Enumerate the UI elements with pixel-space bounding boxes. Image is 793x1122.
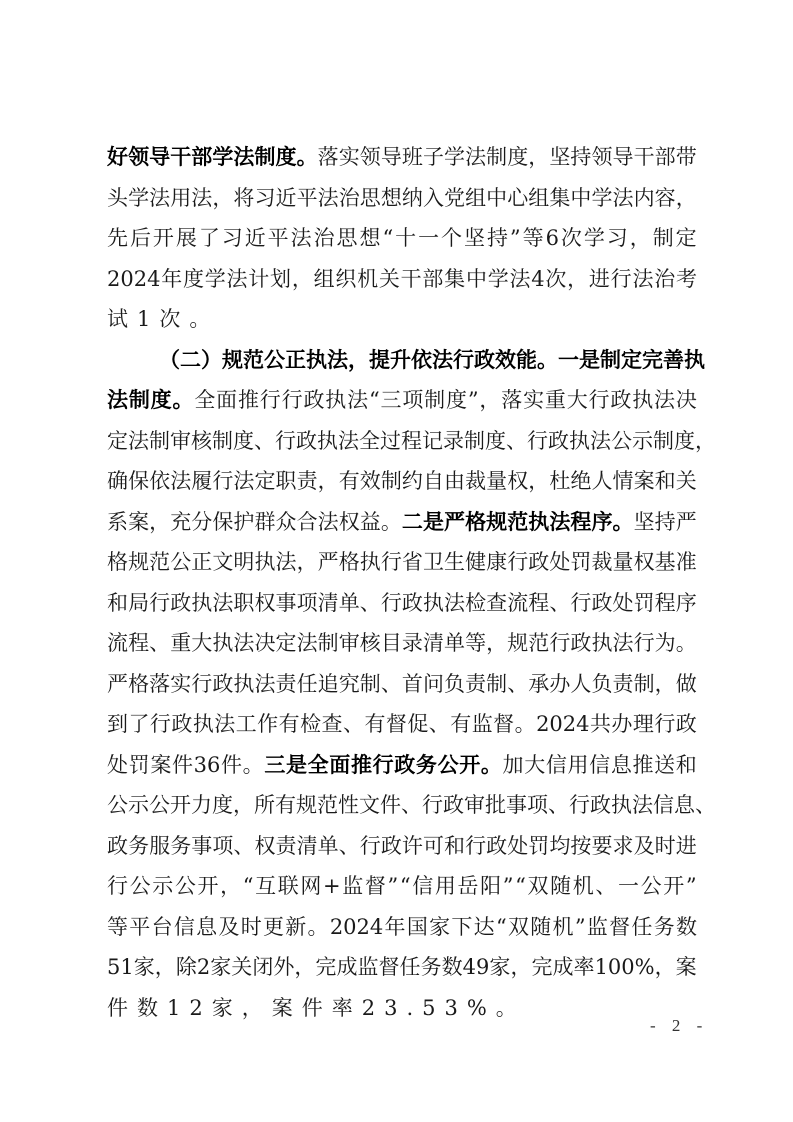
text-line: 格规范公正文明执法，严格执行省卫生健康行政处罚裁量权基准 — [107, 542, 697, 583]
text-line: 严格落实行政执法责任追究制、首问负责制、承办人负责制，做 — [107, 664, 697, 705]
text-line: 2024年度学法计划，组织机关干部集中学法4次，进行法治考 — [107, 259, 697, 300]
text-line: 确保依法履行法定职责，有效制约自由裁量权，杜绝人情案和关 — [107, 461, 697, 502]
text-line: 法制度。全面推行行政执法“三项制度”，落实重大行政执法决 — [107, 380, 697, 421]
text-line: （二）规范公正执法，提升依法行政效能。一是制定完善执 — [107, 340, 697, 381]
text-line: 等平台信息及时更新。2024年国家下达“双随机”监督任务数 — [107, 907, 697, 948]
text-line: 试1次。 — [107, 299, 697, 340]
text-line: 好领导干部学法制度。落实领导班子学法制度，坚持领导干部带 — [107, 137, 697, 178]
page-number: - 2 - — [650, 1016, 708, 1036]
text-line: 公示公开力度，所有规范性文件、行政审批事项、行政执法信息、 — [107, 785, 697, 826]
text-line: 件数12家，案件率23.53%。 — [107, 988, 697, 1029]
paragraph-indent — [107, 340, 159, 381]
text-line: 流程、重大执法决定法制审核目录清单等，规范行政执法行为。 — [107, 623, 697, 664]
text-line: 定法制审核制度、行政执法全过程记录制度、行政执法公示制度， — [107, 421, 697, 462]
text-line: 行公示公开，“互联网+监督”“信用岳阳”“双随机、一公开” — [107, 866, 697, 907]
body-text: 好领导干部学法制度。落实领导班子学法制度，坚持领导干部带头学法用法，将习近平法治… — [107, 137, 697, 1028]
document-page: 好领导干部学法制度。落实领导班子学法制度，坚持领导干部带头学法用法，将习近平法治… — [0, 0, 793, 1122]
text-line: 和局行政执法职权事项清单、行政执法检查流程、行政处罚程序 — [107, 583, 697, 624]
text-line: 51家，除2家关闭外，完成监督任务数49家，完成率100%，案 — [107, 947, 697, 988]
text-line: 头学法用法，将习近平法治思想纳入党组中心组集中学法内容， — [107, 178, 697, 219]
text-line: 到了行政执法工作有检查、有督促、有监督。2024共办理行政 — [107, 704, 697, 745]
text-line: 先后开展了习近平法治思想“十一个坚持”等6次学习，制定 — [107, 218, 697, 259]
text-line: 系案，充分保护群众合法权益。二是严格规范执法程序。坚持严 — [107, 502, 697, 543]
text-line: 处罚案件36件。三是全面推行政务公开。加大信用信息推送和 — [107, 745, 697, 786]
text-line: 政务服务事项、权责清单、行政许可和行政处罚均按要求及时进 — [107, 826, 697, 867]
